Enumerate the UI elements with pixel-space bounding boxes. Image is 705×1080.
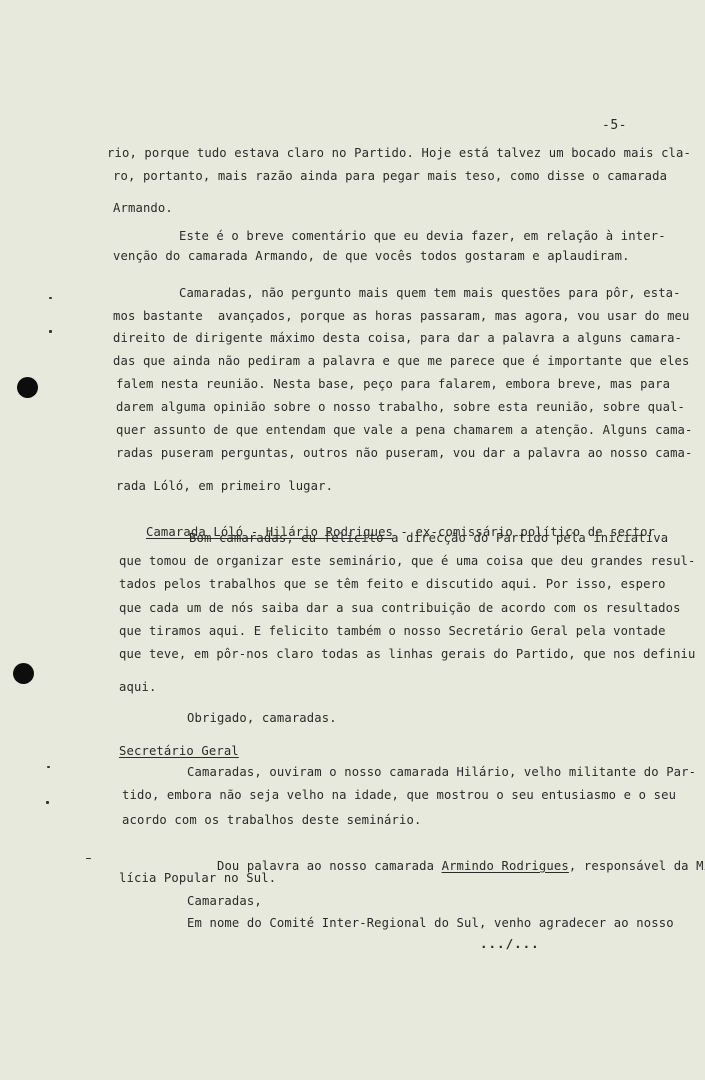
text-line: que cada um de nós saiba dar a sua contr…: [119, 600, 681, 616]
text-line: Armando.: [113, 200, 173, 216]
margin-mark: [47, 766, 50, 768]
text-line: Camaradas, ouviram o nosso camarada Hilá…: [187, 764, 696, 780]
text-segment: , responsável da Mi-: [569, 859, 705, 873]
text-line: que tiramos aqui. E felicito também o no…: [119, 623, 666, 639]
punch-hole-bottom: [13, 663, 34, 684]
speaker-heading: Secretário Geral: [119, 743, 239, 759]
text-line: direito de dirigente máximo desta coisa,…: [113, 330, 682, 346]
text-line: que teve, em pôr-nos claro todas as linh…: [119, 646, 696, 662]
text-line: rada Lóló, em primeiro lugar.: [116, 478, 333, 494]
text-line: das que ainda não pediram a palavra e qu…: [113, 353, 690, 369]
text-line: tados pelos trabalhos que se têm feito e…: [119, 576, 666, 592]
speaker-name: Armindo Rodrigues: [442, 859, 569, 873]
punch-hole-top: [17, 377, 38, 398]
text-line: venção do camarada Armando, de que vocês…: [113, 248, 630, 264]
text-line: Este é o breve comentário que eu devia f…: [179, 228, 666, 244]
text-line: Bom camaradas, eu felicito a direcção do…: [189, 530, 668, 546]
margin-mark: [86, 858, 91, 859]
margin-mark: [46, 801, 49, 804]
text-line: acordo com os trabalhos deste seminário.: [122, 812, 422, 828]
text-line: Em nome do Comité Inter-Regional do Sul,…: [187, 915, 674, 931]
text-line: que tomou de organizar este seminário, q…: [119, 553, 696, 569]
document-page: -5- rio, porque tudo estava claro no Par…: [0, 0, 705, 1080]
text-line: radas puseram perguntas, outros não puse…: [116, 445, 693, 461]
text-line: Obrigado, camaradas.: [187, 710, 337, 726]
margin-mark: [49, 297, 52, 299]
page-number: -5-: [602, 118, 627, 133]
margin-mark: [49, 330, 52, 333]
text-line: mos bastante avançados, porque as horas …: [113, 308, 690, 324]
text-line: tido, embora não seja velho na idade, qu…: [122, 787, 676, 803]
text-line: quer assunto de que entendam que vale a …: [116, 422, 693, 438]
text-line: darem alguma opinião sobre o nosso traba…: [116, 399, 685, 415]
text-line: ro, portanto, mais razão ainda para pega…: [113, 168, 667, 184]
continuation-mark: .../...: [480, 936, 540, 951]
text-line: falem nesta reunião. Nesta base, peço pa…: [116, 376, 670, 392]
text-line: aqui.: [119, 679, 156, 695]
text-line: rio, porque tudo estava claro no Partido…: [107, 145, 691, 161]
text-line: Camaradas,: [187, 893, 262, 909]
text-line: lícia Popular no Sul.: [119, 870, 276, 886]
text-line: Camaradas, não pergunto mais quem tem ma…: [179, 285, 681, 301]
